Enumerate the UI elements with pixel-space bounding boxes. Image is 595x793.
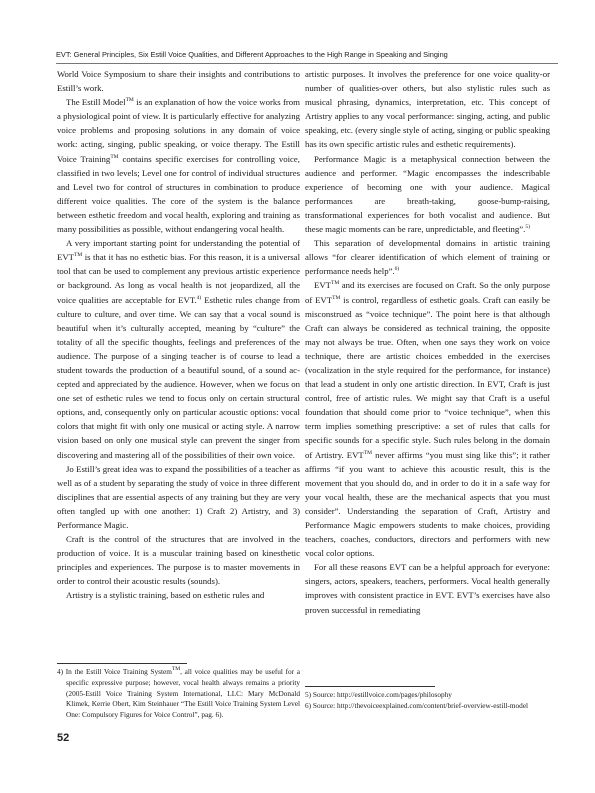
footnote-ref-5[interactable]: 5) <box>525 224 530 230</box>
footnote-6[interactable]: 6) Source: http://thevoiceexplained.com/… <box>305 701 545 712</box>
paragraph: Jo Estill’s great idea was to expand the… <box>57 462 300 532</box>
paragraph: This separation of developmental domains… <box>305 236 550 278</box>
paragraph: World Voice Symposium to share their ins… <box>57 67 300 95</box>
footnote-divider <box>57 663 187 664</box>
paragraph: Performance Magic is a metaphysical conn… <box>305 152 550 237</box>
footnote-4: 4) In the Estill Voice Training SystemTM… <box>57 667 300 721</box>
trademark: TM <box>110 154 118 160</box>
left-column: World Voice Symposium to share their ins… <box>57 67 300 603</box>
paragraph: EVTTM and its exercises are focused on C… <box>305 278 550 560</box>
footnote-ref-6[interactable]: 6) <box>395 266 400 272</box>
paragraph: A very important starting point for unde… <box>57 236 300 462</box>
footnote-5[interactable]: 5) Source: http://estillvoice.com/pages/… <box>305 690 545 701</box>
right-column: artistic purposes. It involves the prefe… <box>305 67 550 617</box>
paragraph: Craft is the control of the structures t… <box>57 532 300 588</box>
footnote-divider <box>305 686 435 687</box>
running-header: EVT: General Principles, Six Estill Voic… <box>56 50 558 64</box>
paragraph: The Estill ModelTM is an explanation of … <box>57 95 300 236</box>
page-number: 52 <box>57 732 69 744</box>
footnotes-left: 4) In the Estill Voice Training SystemTM… <box>57 667 300 721</box>
trademark: TM <box>126 97 134 103</box>
paragraph: Artistry is a stylistic training, based … <box>57 588 300 602</box>
paragraph: For all these reasons EVT can be a helpf… <box>305 560 550 616</box>
paragraph: artistic purposes. It involves the prefe… <box>305 67 550 152</box>
footnotes-right: 5) Source: http://estillvoice.com/pages/… <box>305 690 545 712</box>
